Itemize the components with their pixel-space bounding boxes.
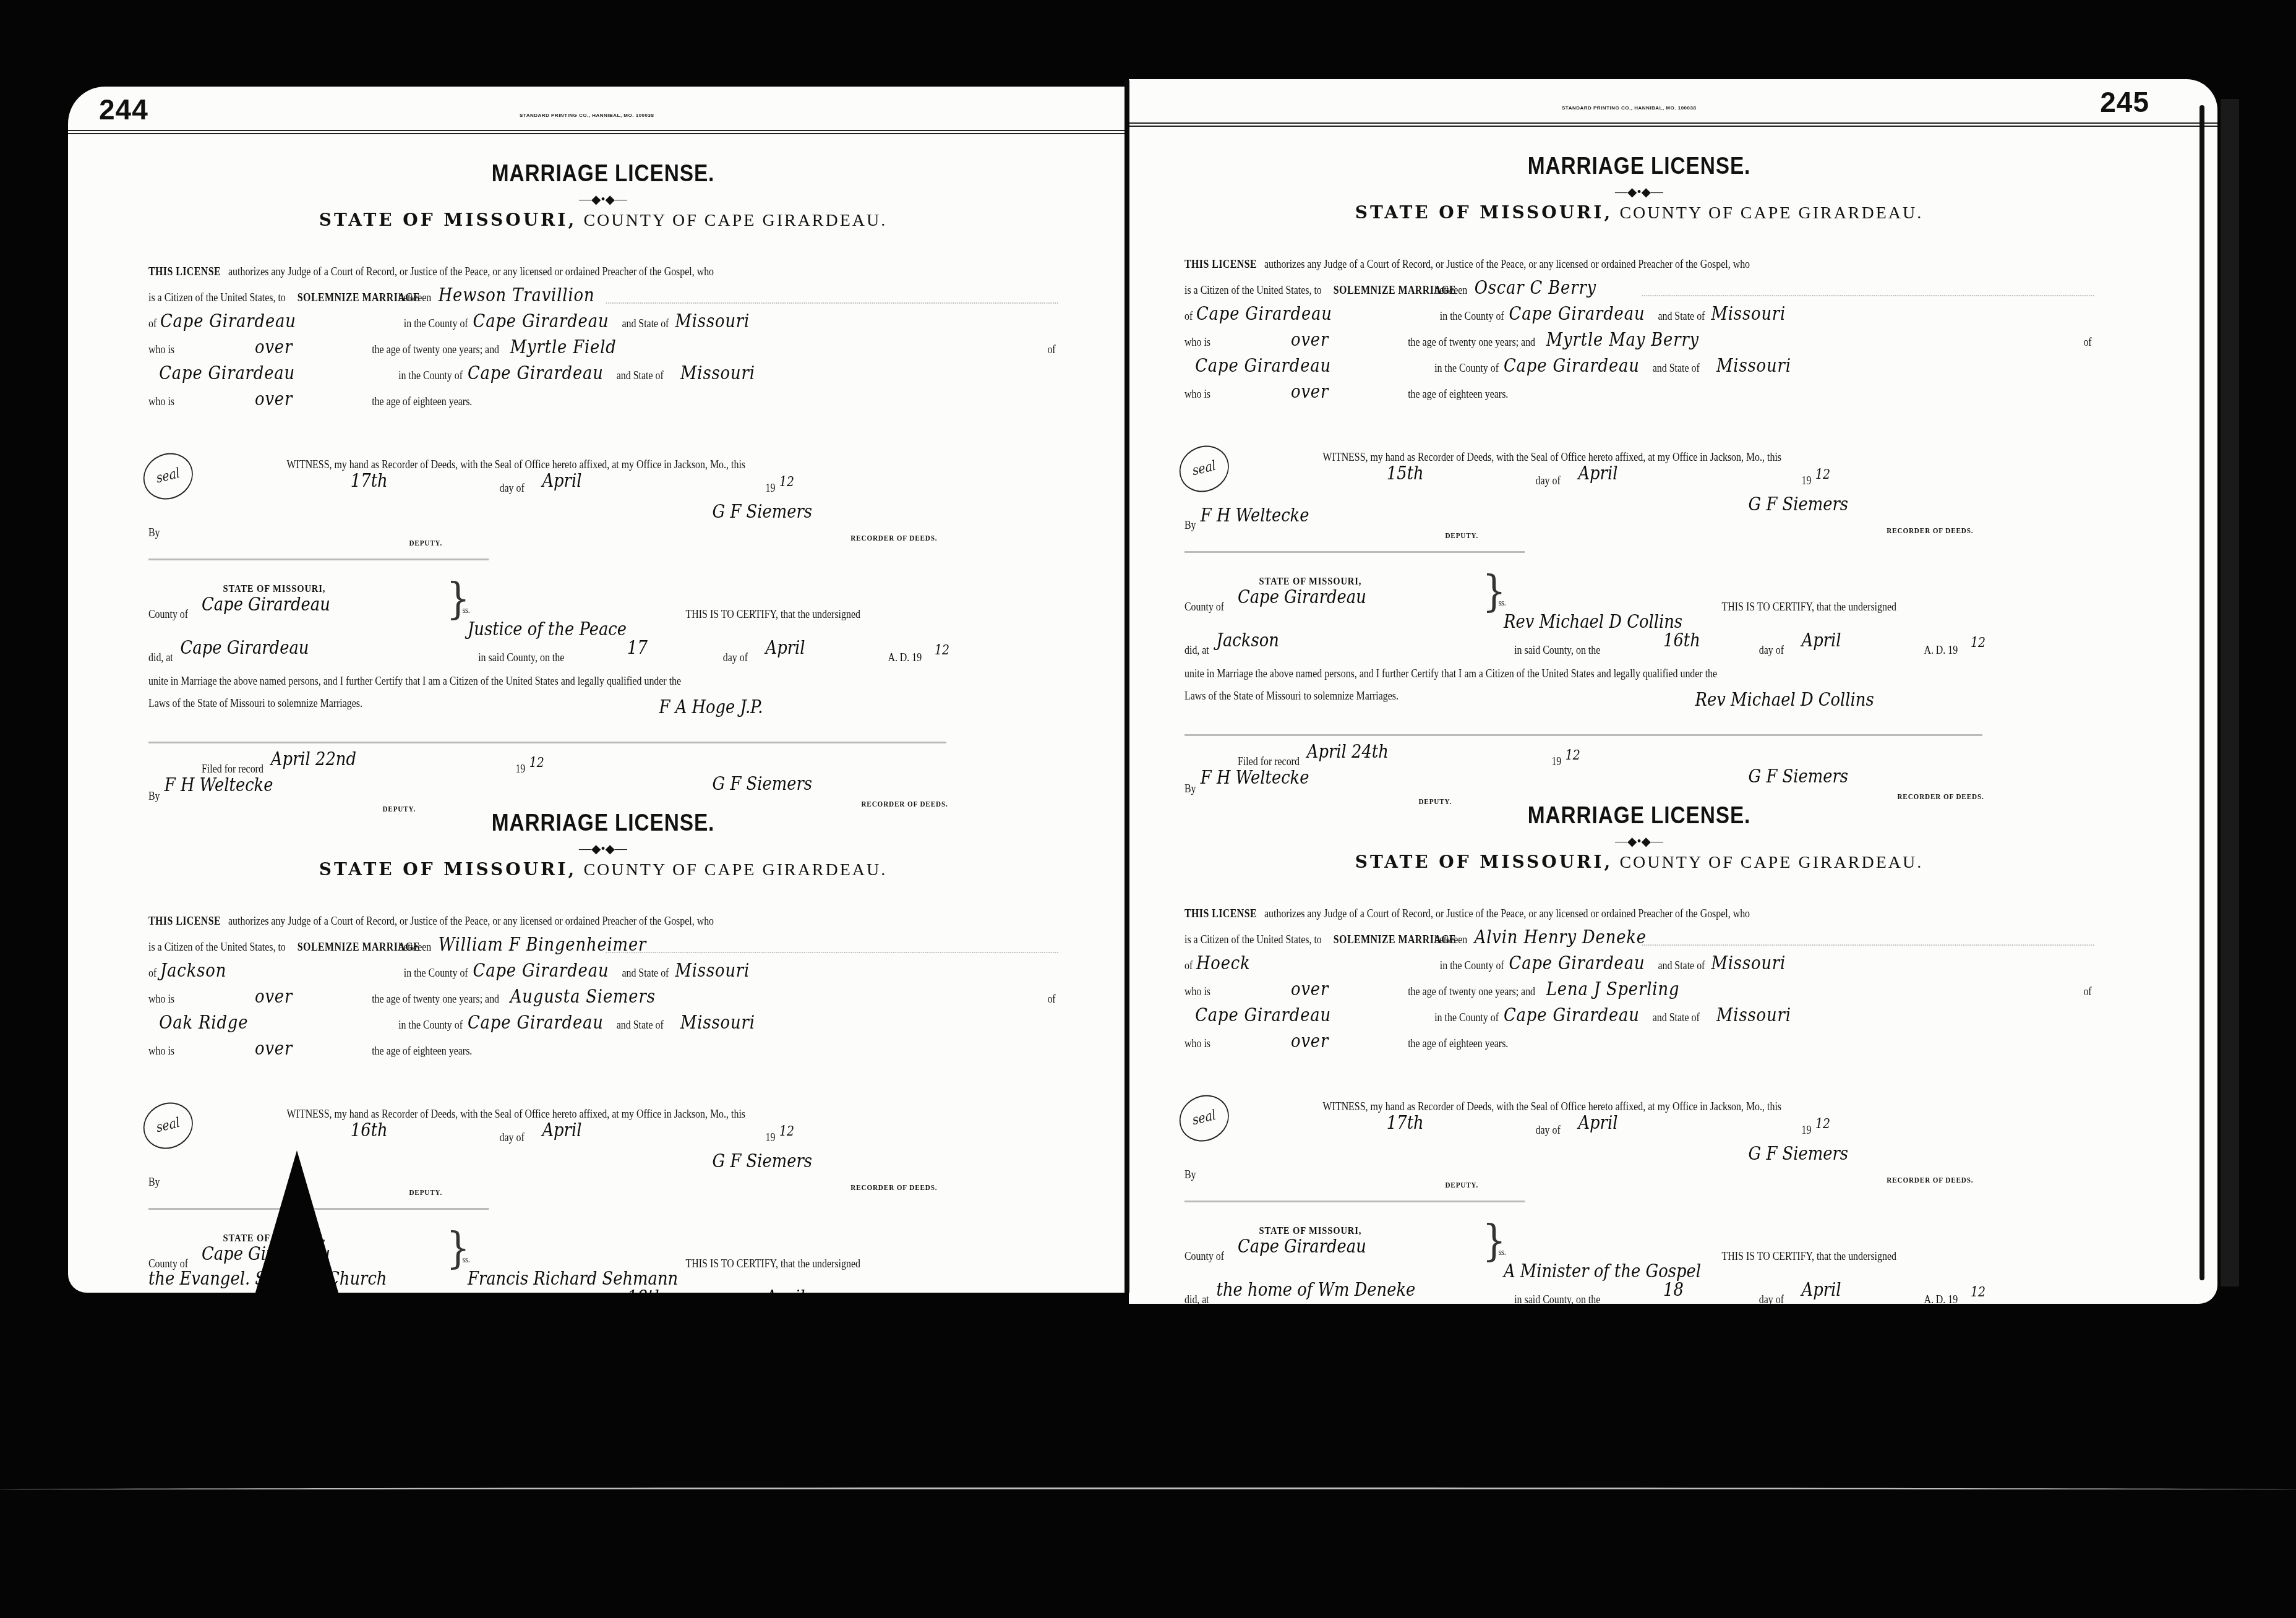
state-heading: STATE OF MISSOURI,: [319, 210, 577, 230]
ceremony-day: 17: [627, 639, 648, 657]
filing-block: Filed for record April 22nd 19 12 By F H…: [148, 738, 1058, 806]
marriage-license: MARRIAGE LICENSE. —◆•◆— STATE OF MISSOUR…: [148, 810, 1058, 1293]
filed-deputy-signature: F H Weltecke: [1201, 769, 1309, 787]
license-text: authorizes any Judge of a Court of Recor…: [1264, 259, 1750, 271]
deputy-label: DEPUTY.: [409, 539, 442, 547]
bride-county: Cape Girardeau: [1504, 357, 1640, 375]
witness-block: seal WITNESS, my hand as Recorder of Dee…: [1184, 1102, 2094, 1194]
day-of-label: day of: [500, 1132, 525, 1144]
license-line-1: THIS LICENSE authorizes any Judge of a C…: [1184, 247, 2094, 273]
of-label: of: [1047, 994, 1055, 1006]
day-of-label: day of: [723, 653, 748, 664]
in-county-label: in the County of: [398, 370, 463, 382]
by-label: By: [1184, 520, 1196, 532]
license-line-6: who is over the age of eighteen years.: [148, 384, 1058, 410]
cert-county-label: County of: [148, 609, 188, 621]
in-county-label: in the County of: [1440, 961, 1504, 972]
license-day: 17th: [351, 472, 388, 490]
page-header: 245 STANDARD PRINTING CO., HANNIBAL, MO.…: [1129, 79, 2217, 127]
license-line-6: who is over the age of eighteen years.: [1184, 1026, 2094, 1052]
seal-stamp-icon: seal: [1176, 440, 1233, 497]
license-day: 16th: [351, 1121, 388, 1140]
license-line-6: who is over the age of eighteen years.: [148, 1034, 1058, 1059]
filed-deputy-signature: F H Weltecke: [165, 776, 273, 795]
license-day: 15th: [1387, 464, 1424, 483]
license-year: 12: [779, 1125, 794, 1139]
filed-label: Filed for record: [1238, 756, 1300, 768]
age-18-label: the age of eighteen years.: [1408, 389, 1508, 401]
ad-label: A. D. 19: [888, 653, 922, 664]
license-body: THIS LICENSE authorizes any Judge of a C…: [1184, 896, 2094, 1052]
license-month: April: [542, 472, 581, 490]
license-year: 12: [1815, 468, 1830, 482]
license-line-6: who is over the age of eighteen years.: [1184, 377, 2094, 403]
bride-state: Missouri: [1716, 357, 1791, 375]
license-month: April: [1578, 464, 1617, 483]
and-state-label: and State of: [622, 319, 669, 330]
by-label: By: [148, 791, 160, 803]
ceremony-month: April: [766, 639, 805, 657]
bride-residence: Cape Girardeau: [159, 364, 295, 383]
license-text: is a Citizen of the United States, to: [148, 293, 286, 304]
in-county-label: in the County of: [398, 1020, 463, 1032]
license-text: between: [398, 942, 431, 954]
printer-imprint: STANDARD PRINTING CO., HANNIBAL, MO. 100…: [520, 113, 654, 118]
who-is-label: who is: [148, 345, 174, 356]
cert-county: Cape Girardeau: [202, 1245, 330, 1264]
in-county-label: in the County of: [1434, 363, 1499, 375]
seal-stamp-icon: seal: [1176, 1090, 1233, 1147]
witness-block: seal WITNESS, my hand as Recorder of Dee…: [148, 1109, 1058, 1202]
ceremony-year: 12: [1971, 1286, 1985, 1299]
groom-county: Cape Girardeau: [1509, 305, 1645, 323]
ceremony-day: 18: [1663, 1281, 1684, 1299]
officiant-title: A Minister of the Gospel: [1504, 1262, 1701, 1281]
ss-label: ss.: [462, 1256, 469, 1265]
license-lead: THIS LICENSE: [148, 267, 221, 278]
ornament-divider-icon: —◆•◆—: [1184, 836, 2094, 848]
recorder-label: RECORDER OF DEEDS.: [1887, 526, 1973, 534]
left-page: 244 STANDARD PRINTING CO., HANNIBAL, MO.…: [68, 87, 1126, 1293]
groom-name: Oscar C Berry: [1475, 279, 1596, 297]
cert-state: STATE OF MISSOURI,: [1259, 576, 1361, 586]
who-is-label: who is: [148, 1046, 174, 1058]
license-line-5: Cape Girardeau in the County of Cape Gir…: [1184, 351, 2094, 377]
year-prefix: 19: [766, 483, 776, 495]
witness-text: WITNESS, my hand as Recorder of Deeds, w…: [1323, 1102, 1781, 1113]
of-label: of: [1184, 311, 1193, 323]
day-of-label: day of: [500, 483, 525, 495]
groom-state: Missouri: [1711, 305, 1786, 323]
age-21-label: the age of twenty one years; and: [1408, 987, 1535, 998]
age-18-label: the age of eighteen years.: [372, 396, 472, 408]
filed-recorder-signature: G F Siemers: [1749, 768, 1848, 786]
page-edge-strip: [2221, 99, 2239, 1286]
certificate-block: STATE OF MISSOURI, } ss. County of Cape …: [1184, 1194, 2094, 1304]
license-line-3: of Cape Girardeau in the County of Cape …: [148, 306, 1058, 332]
license-title: MARRIAGE LICENSE.: [1239, 153, 2039, 180]
bride-county: Cape Girardeau: [468, 364, 604, 383]
page-number: 245: [2100, 85, 2149, 119]
page-header: 244 STANDARD PRINTING CO., HANNIBAL, MO.…: [68, 87, 1126, 134]
by-label: By: [1184, 784, 1196, 795]
license-lead: THIS LICENSE: [148, 916, 221, 928]
license-line-4: who is over the age of twenty one years;…: [148, 332, 1058, 358]
groom-county: Cape Girardeau: [473, 962, 609, 980]
marriage-license: MARRIAGE LICENSE. —◆•◆— STATE OF MISSOUR…: [148, 161, 1058, 806]
bride-name: Augusta Siemers: [510, 988, 656, 1006]
groom-residence: Cape Girardeau: [160, 312, 296, 331]
deputy-label: DEPUTY.: [1445, 531, 1478, 539]
cert-county-label: County of: [1184, 602, 1224, 614]
license-line-1: THIS LICENSE authorizes any Judge of a C…: [148, 254, 1058, 280]
license-line-2: is a Citizen of the United States, to SO…: [1184, 273, 2094, 299]
year-prefix: 19: [515, 764, 525, 776]
license-text: is a Citizen of the United States, to: [148, 942, 286, 954]
who-is-label: who is: [148, 396, 174, 408]
age-21-label: the age of twenty one years; and: [372, 345, 499, 356]
in-county-label: in the County of: [1440, 311, 1504, 323]
page-edge-line: [2200, 105, 2204, 1280]
cert-state: STATE OF MISSOURI,: [223, 1233, 325, 1243]
officiant-title: Rev Michael D Collins: [1504, 613, 1682, 631]
did-at-label: did, at: [1184, 645, 1209, 657]
cert-state: STATE OF MISSOURI,: [1259, 1225, 1361, 1236]
groom-county: Cape Girardeau: [473, 312, 609, 331]
license-body: THIS LICENSE authorizes any Judge of a C…: [1184, 247, 2094, 403]
filed-date: April 24th: [1307, 743, 1389, 761]
bride-age-qualifier: over: [1291, 383, 1329, 401]
ss-label: ss.: [1498, 599, 1506, 608]
license-body: THIS LICENSE authorizes any Judge of a C…: [148, 254, 1058, 410]
deputy-label: DEPUTY.: [409, 1188, 442, 1196]
in-said-county-label: in said County, on the: [1514, 1295, 1600, 1304]
county-heading: COUNTY OF CAPE GIRARDEAU.: [583, 860, 887, 880]
recorder-signature: G F Siemers: [1749, 495, 1848, 514]
year-prefix: 19: [766, 1132, 776, 1144]
ornament-divider-icon: —◆•◆—: [148, 194, 1058, 206]
recorder-signature: G F Siemers: [713, 503, 812, 521]
license-line-5: Oak Ridge in the County of Cape Girardea…: [148, 1008, 1058, 1034]
license-line-3: of Jackson in the County of Cape Girarde…: [148, 956, 1058, 982]
filed-year: 12: [529, 756, 544, 770]
ornament-divider-icon: —◆•◆—: [1184, 186, 2094, 199]
filed-recorder-signature: G F Siemers: [713, 775, 812, 794]
who-is-label: who is: [1184, 987, 1210, 998]
printer-imprint: STANDARD PRINTING CO., HANNIBAL, MO. 100…: [1562, 105, 1696, 111]
of-label: of: [1184, 961, 1193, 972]
ss-label: ss.: [1498, 1249, 1506, 1257]
marriage-license: MARRIAGE LICENSE. —◆•◆— STATE OF MISSOUR…: [1184, 153, 2094, 798]
scanner-artifact-line: [0, 1487, 2296, 1492]
year-prefix: 19: [1551, 756, 1561, 768]
bride-residence: Oak Ridge: [159, 1014, 248, 1032]
license-lead: THIS LICENSE: [1184, 259, 1257, 271]
ceremony-place-extra: the Evangel. St Johns Church: [148, 1270, 387, 1288]
by-label: By: [148, 1177, 160, 1189]
of-label: of: [148, 319, 156, 330]
certify-text: THIS IS TO CERTIFY, that the undersigned: [686, 1259, 860, 1270]
in-county-label: in the County of: [1434, 1012, 1499, 1024]
bride-name: Myrtle May Berry: [1546, 331, 1699, 349]
and-state-label: and State of: [622, 968, 669, 980]
certificate-block: STATE OF MISSOURI, } ss. County of Cape …: [148, 552, 1058, 738]
witness-text: WITNESS, my hand as Recorder of Deeds, w…: [1323, 452, 1781, 464]
deputy-label: DEPUTY.: [1445, 1181, 1478, 1189]
groom-age-qualifier: over: [1291, 331, 1329, 349]
license-jurisdiction: STATE OF MISSOURI, COUNTY OF CAPE GIRARD…: [1184, 202, 2094, 223]
filing-block: Filed for record April 24th 19 12 By F H…: [1184, 730, 2094, 798]
recorder-label: RECORDER OF DEEDS.: [1887, 1176, 1973, 1184]
license-month: April: [542, 1121, 581, 1140]
state-heading: STATE OF MISSOURI,: [319, 859, 577, 880]
groom-residence: Hoeck: [1196, 954, 1251, 973]
bride-name: Lena J Sperling: [1546, 980, 1679, 999]
license-line-1: THIS LICENSE authorizes any Judge of a C…: [148, 904, 1058, 930]
license-line-3: of Hoeck in the County of Cape Girardeau…: [1184, 948, 2094, 974]
license-lead: THIS LICENSE: [1184, 909, 1257, 920]
groom-county: Cape Girardeau: [1509, 954, 1645, 973]
license-day: 17th: [1387, 1114, 1424, 1132]
in-said-county-label: in said County, on the: [1514, 645, 1600, 657]
ceremony-place: the home of Wm Deneke: [1217, 1281, 1416, 1299]
state-heading: STATE OF MISSOURI,: [1355, 852, 1613, 872]
laws-text: Laws of the State of Missouri to solemni…: [1184, 691, 1399, 703]
of-label: of: [148, 968, 156, 980]
ad-label: A. D. 19: [1924, 1295, 1958, 1304]
license-line-4: who is over the age of twenty one years;…: [1184, 325, 2094, 351]
day-of-label: day of: [1759, 645, 1784, 657]
day-of-label: day of: [1759, 1295, 1784, 1304]
who-is-label: who is: [1184, 389, 1210, 401]
age-18-label: the age of eighteen years.: [372, 1046, 472, 1058]
page-number: 244: [99, 93, 148, 126]
officiant-title: Francis Richard Sehmann: [468, 1270, 678, 1288]
in-county-label: in the County of: [404, 319, 468, 330]
license-year: 12: [1815, 1118, 1830, 1131]
laws-text: Laws of the State of Missouri to solemni…: [148, 698, 362, 710]
right-page: 245 STANDARD PRINTING CO., HANNIBAL, MO.…: [1129, 79, 2217, 1304]
filed-label: Filed for record: [202, 764, 263, 776]
groom-name: Alvin Henry Deneke: [1475, 928, 1647, 947]
license-text: authorizes any Judge of a Court of Recor…: [228, 916, 714, 928]
bride-county: Cape Girardeau: [468, 1014, 604, 1032]
cert-county: Cape Girardeau: [1238, 1238, 1366, 1256]
cert-county-label: County of: [1184, 1251, 1224, 1263]
marriage-license: MARRIAGE LICENSE. —◆•◆— STATE OF MISSOUR…: [1184, 803, 2094, 1304]
ornament-divider-icon: —◆•◆—: [148, 843, 1058, 855]
groom-name: Hewson Travillion: [439, 286, 595, 305]
cert-county: Cape Girardeau: [1238, 588, 1366, 607]
groom-state: Missouri: [675, 312, 750, 331]
and-state-label: and State of: [1658, 311, 1705, 323]
license-text: authorizes any Judge of a Court of Recor…: [228, 267, 714, 278]
in-said-county-label: in said County, on the: [478, 653, 564, 664]
did-at-label: did, at: [148, 653, 173, 664]
license-line-5: Cape Girardeau in the County of Cape Gir…: [148, 358, 1058, 384]
recorder-label: RECORDER OF DEEDS.: [861, 800, 948, 808]
and-state-label: and State of: [1653, 363, 1700, 375]
license-month: April: [1578, 1114, 1617, 1132]
cert-state: STATE OF MISSOURI,: [223, 583, 325, 594]
ceremony-month: April: [766, 1288, 805, 1293]
recorder-label: RECORDER OF DEEDS.: [850, 1183, 937, 1191]
ad-label: A. D. 19: [1924, 645, 1958, 657]
cert-county: Cape Girardeau: [202, 596, 330, 614]
bride-age-qualifier: over: [255, 1040, 293, 1058]
ceremony-place: Cape Girardeau: [181, 639, 309, 657]
bride-age-qualifier: over: [255, 390, 293, 409]
and-state-label: and State of: [1653, 1012, 1700, 1024]
witness-text: WITNESS, my hand as Recorder of Deeds, w…: [287, 460, 745, 471]
groom-residence: Jackson: [160, 962, 226, 980]
witness-block: seal WITNESS, my hand as Recorder of Dee…: [148, 460, 1058, 552]
ceremony-day: 16th: [1663, 631, 1700, 650]
license-line-2: is a Citizen of the United States, to SO…: [1184, 922, 2094, 948]
witness-text: WITNESS, my hand as Recorder of Deeds, w…: [287, 1109, 745, 1121]
officiant-title: Justice of the Peace: [468, 620, 627, 639]
bride-age-qualifier: over: [1291, 1032, 1329, 1051]
by-label: By: [1184, 1170, 1196, 1181]
who-is-label: who is: [1184, 1038, 1210, 1050]
book-spine: [1124, 80, 1129, 1293]
license-body: THIS LICENSE authorizes any Judge of a C…: [148, 904, 1058, 1059]
ceremony-year: 12: [1971, 636, 1985, 650]
certify-text: THIS IS TO CERTIFY, that the undersigned: [1722, 1251, 1896, 1263]
county-heading: COUNTY OF CAPE GIRARDEAU.: [583, 211, 887, 230]
officiant-signature: F A Hoge J.P.: [659, 698, 763, 717]
recorder-label: RECORDER OF DEEDS.: [1897, 792, 1984, 800]
groom-state: Missouri: [675, 962, 750, 980]
license-deputy-signature: F H Weltecke: [1201, 507, 1309, 525]
of-label: of: [2083, 987, 2091, 998]
license-title: MARRIAGE LICENSE.: [1239, 803, 2039, 829]
county-heading: COUNTY OF CAPE GIRARDEAU.: [1619, 203, 1923, 223]
age-18-label: the age of eighteen years.: [1408, 1038, 1508, 1050]
by-label: By: [148, 528, 160, 539]
license-line-1: THIS LICENSE authorizes any Judge of a C…: [1184, 896, 2094, 922]
license-jurisdiction: STATE OF MISSOURI, COUNTY OF CAPE GIRARD…: [148, 859, 1058, 880]
license-line-4: who is over the age of twenty one years;…: [148, 982, 1058, 1008]
license-text: is a Citizen of the United States, to: [1184, 935, 1322, 946]
certify-text: THIS IS TO CERTIFY, that the undersigned: [686, 609, 860, 621]
license-jurisdiction: STATE OF MISSOURI, COUNTY OF CAPE GIRARD…: [1184, 852, 2094, 873]
license-text: is a Citizen of the United States, to: [1184, 285, 1322, 297]
groom-age-qualifier: over: [1291, 980, 1329, 999]
groom-residence: Cape Girardeau: [1196, 305, 1332, 323]
ceremony-month: April: [1802, 1281, 1841, 1299]
ceremony-month: April: [1802, 631, 1841, 650]
of-label: of: [2083, 337, 2091, 349]
certify-text: THIS IS TO CERTIFY, that the undersigned: [1722, 602, 1896, 614]
witness-block: seal WITNESS, my hand as Recorder of Dee…: [1184, 452, 2094, 545]
license-title: MARRIAGE LICENSE.: [203, 810, 1003, 837]
day-of-label: day of: [1536, 1125, 1561, 1137]
recorder-signature: G F Siemers: [1749, 1145, 1848, 1163]
seal-stamp-icon: seal: [140, 448, 197, 505]
license-text: authorizes any Judge of a Court of Recor…: [1264, 909, 1750, 920]
officiant-signature: Rev Michael D Collins: [1695, 691, 1874, 709]
who-is-label: who is: [148, 994, 174, 1006]
ceremony-place: Jackson: [1217, 631, 1279, 650]
county-heading: COUNTY OF CAPE GIRARDEAU.: [1619, 853, 1923, 872]
filed-year: 12: [1566, 749, 1580, 763]
year-prefix: 19: [1802, 1125, 1812, 1137]
seal-stamp-icon: seal: [140, 1097, 197, 1154]
license-line-4: who is over the age of twenty one years;…: [1184, 974, 2094, 1000]
license-title: MARRIAGE LICENSE.: [203, 161, 1003, 187]
and-state-label: and State of: [1658, 961, 1705, 972]
bride-residence: Cape Girardeau: [1195, 1006, 1331, 1025]
certificate-block: STATE OF MISSOURI, } ss. County of Cape …: [1184, 545, 2094, 730]
license-line-2: is a Citizen of the United States, to SO…: [148, 280, 1058, 306]
year-prefix: 19: [1802, 476, 1812, 487]
unite-text: unite in Marriage the above named person…: [148, 676, 681, 688]
license-text: between: [398, 293, 431, 304]
of-label: of: [1047, 345, 1055, 356]
bride-state: Missouri: [680, 364, 755, 383]
unite-text: unite in Marriage the above named person…: [1184, 669, 1717, 680]
bride-state: Missouri: [1716, 1006, 1791, 1025]
groom-age-qualifier: over: [255, 988, 293, 1006]
groom-state: Missouri: [1711, 954, 1786, 973]
age-21-label: the age of twenty one years; and: [1408, 337, 1535, 349]
certificate-block: STATE OF MISSOURI, } ss. County of Cape …: [148, 1202, 1058, 1293]
recorder-signature: G F Siemers: [713, 1152, 812, 1171]
and-state-label: and State of: [617, 1020, 664, 1032]
bride-residence: Cape Girardeau: [1195, 357, 1331, 375]
day-of-label: day of: [1536, 476, 1561, 487]
who-is-label: who is: [1184, 337, 1210, 349]
age-21-label: the age of twenty one years; and: [372, 994, 499, 1006]
bride-county: Cape Girardeau: [1504, 1006, 1640, 1025]
license-line-5: Cape Girardeau in the County of Cape Gir…: [1184, 1000, 2094, 1026]
and-state-label: and State of: [617, 370, 664, 382]
license-line-3: of Cape Girardeau in the County of Cape …: [1184, 299, 2094, 325]
bride-name: Myrtle Field: [510, 338, 617, 357]
license-year: 12: [779, 476, 794, 489]
license-text: between: [1434, 935, 1467, 946]
license-jurisdiction: STATE OF MISSOURI, COUNTY OF CAPE GIRARD…: [148, 210, 1058, 231]
filed-date: April 22nd: [271, 750, 356, 769]
license-line-2: is a Citizen of the United States, to SO…: [148, 930, 1058, 956]
in-county-label: in the County of: [404, 968, 468, 980]
ceremony-year: 12: [935, 644, 949, 657]
bride-state: Missouri: [680, 1014, 755, 1032]
ceremony-day: 18th: [627, 1288, 664, 1293]
state-heading: STATE OF MISSOURI,: [1355, 202, 1613, 223]
recorder-label: RECORDER OF DEEDS.: [850, 534, 937, 542]
license-text: between: [1434, 285, 1467, 297]
ss-label: ss.: [462, 607, 469, 615]
groom-age-qualifier: over: [255, 338, 293, 357]
did-at-label: did, at: [1184, 1295, 1209, 1304]
